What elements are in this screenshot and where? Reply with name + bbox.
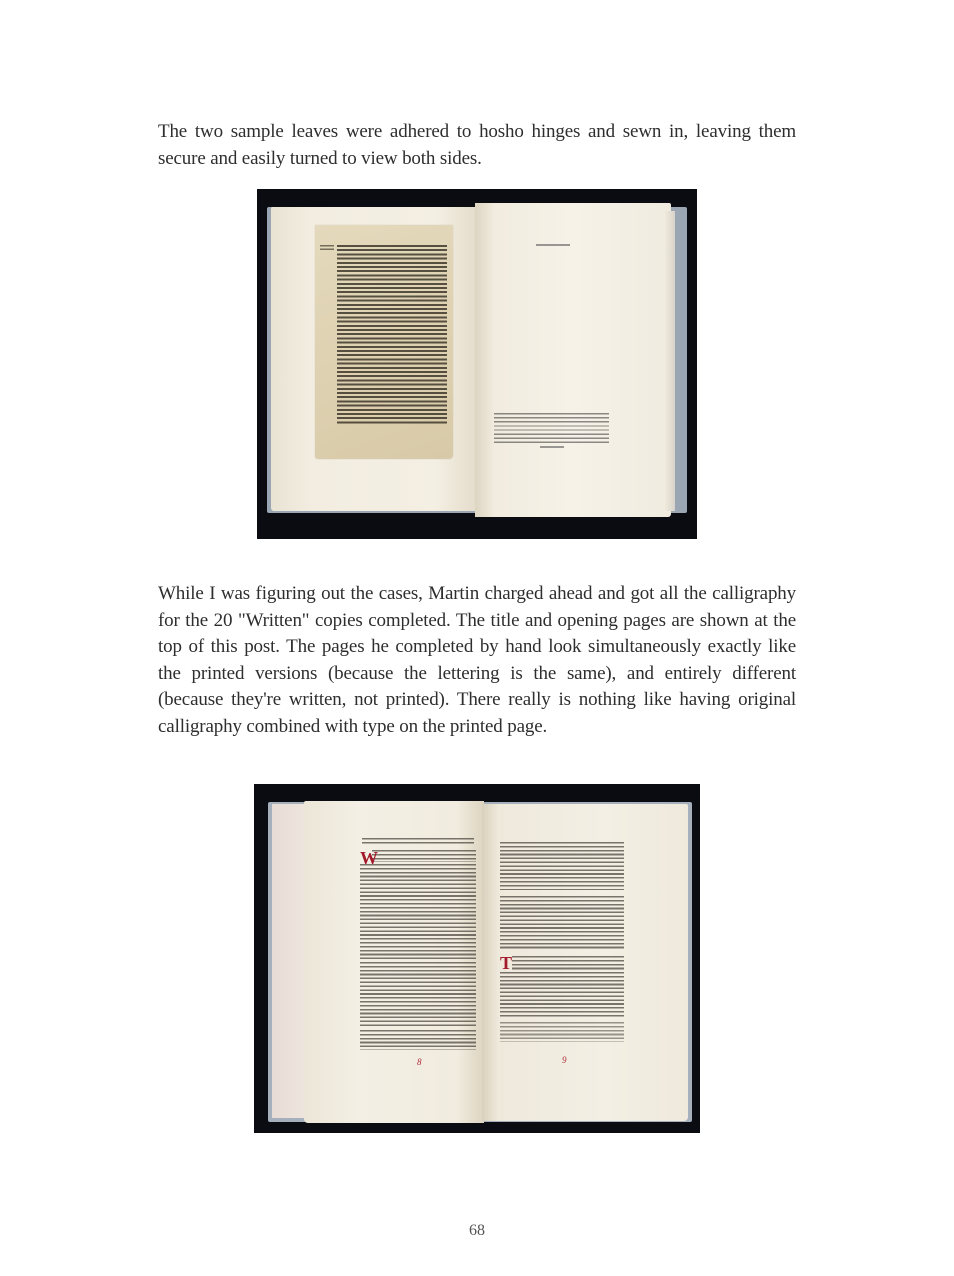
photo-calligraphy-spread: W 8 T 9: [254, 784, 700, 1133]
right-page-body-3: [500, 972, 624, 1018]
right-page-body-2: [500, 896, 624, 950]
right-page-first-lines: [512, 956, 624, 970]
running-head: [536, 244, 570, 246]
left-page-body-2: [360, 962, 476, 1028]
paragraph-hinges: The two sample leaves were adhered to ho…: [158, 119, 796, 172]
book-right-page: [475, 203, 671, 517]
page-edges: [665, 211, 675, 511]
right-page-body-1: [500, 842, 624, 890]
leaf-marginal-note: [320, 245, 334, 252]
page-number: 68: [0, 1222, 954, 1240]
right-page-footnote: [500, 1022, 624, 1042]
drop-cap-right: T: [500, 954, 512, 972]
leaf-text-block: [337, 245, 447, 425]
colophon-text: [494, 413, 609, 443]
colophon-last-line: [540, 446, 564, 448]
paragraph-calligraphy: While I was figuring out the cases, Mart…: [158, 581, 796, 741]
left-page-first-lines: [372, 850, 476, 862]
left-page-heading-lines: [362, 838, 474, 846]
left-page-body-1: [360, 864, 476, 960]
page-number-right: 9: [562, 1055, 567, 1065]
photo-sample-leaves-book: [257, 189, 697, 539]
sample-leaf: [315, 225, 453, 459]
left-page-footnote: [360, 1030, 476, 1050]
page-number-left: 8: [417, 1057, 422, 1067]
